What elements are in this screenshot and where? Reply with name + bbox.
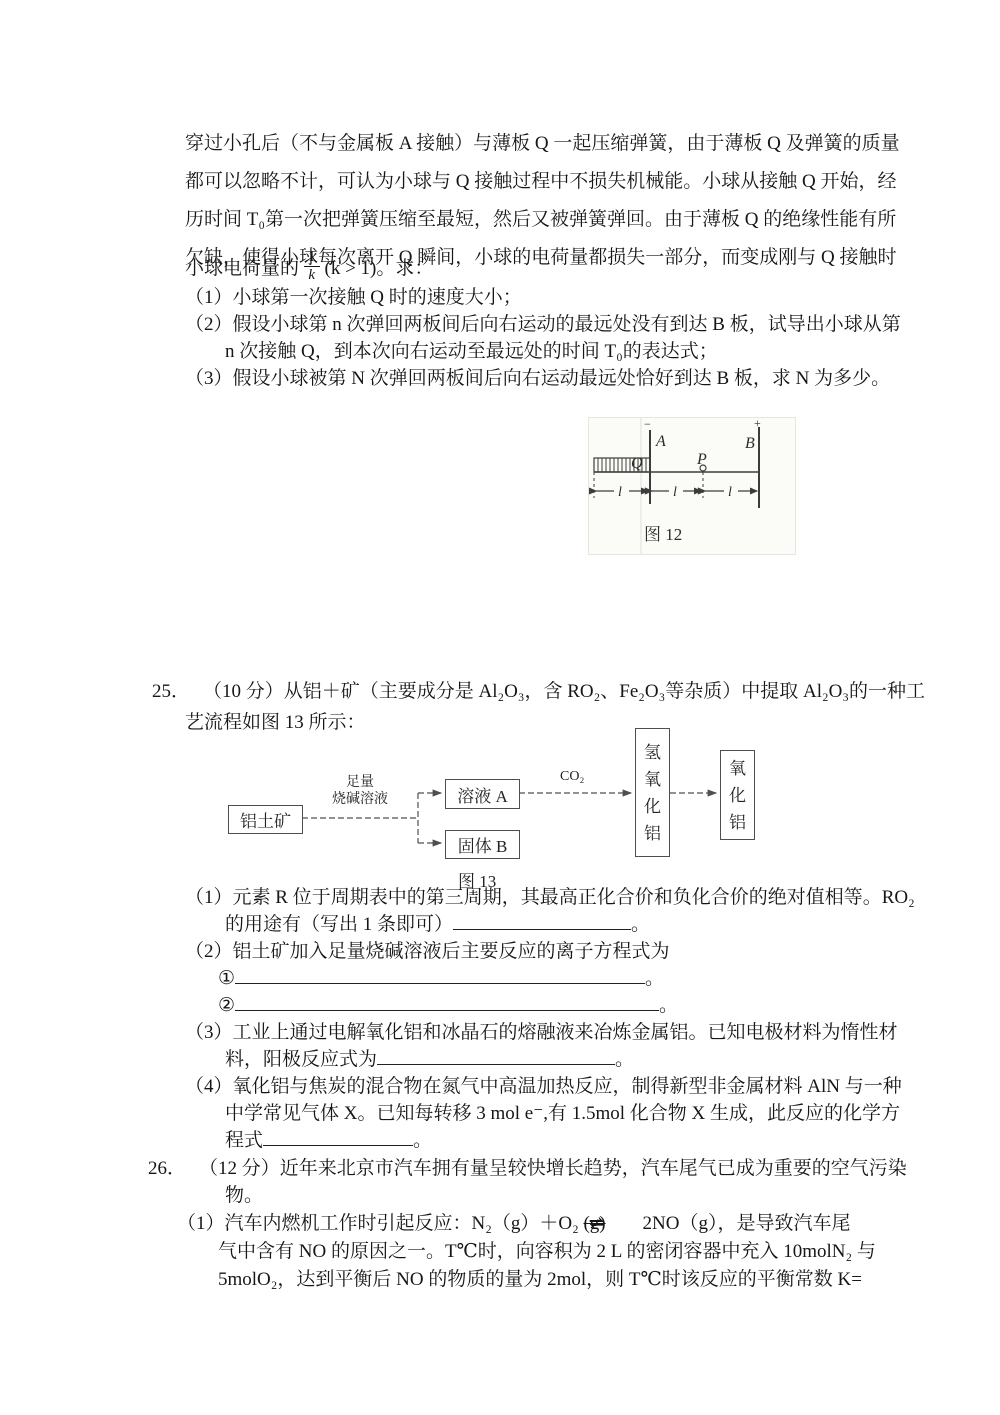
q25-item-1-line2: 的用途有（写出 1 条即可）。 (225, 913, 650, 937)
q25-item-3-line1: （3）工业上通过电解氧化铝和冰晶石的熔融液来冶炼金属铝。已知电极材料为惰性材 (185, 1021, 898, 1045)
label-B: B (745, 435, 755, 452)
dim-label-l3: l (728, 485, 732, 500)
flow-label-co2: CO₂ (560, 768, 584, 785)
q25-intro-line1: 25．（10 分）从铝＋矿（主要成分是 Al₂O₃，含 RO₂、Fe₂O₃等杂质… (152, 680, 925, 704)
answer-blank[interactable] (235, 995, 659, 1011)
fraction-numerator: 1 (304, 249, 320, 267)
q25-item-3-line2: 料，阳极反应式为。 (225, 1048, 634, 1072)
flow-node-solid-b: 固体 B (445, 830, 520, 859)
q25-item-4-line1: （4）氧化铝与焦炭的混合物在氮气中高温加热反应，制得新型非金属材料 AlN 与一… (185, 1075, 902, 1099)
q26-item-1-line1: （1）汽车内燃机工作时引起反应：N₂（g）＋O₂ (g)⇌2NO（g），是导致汽… (177, 1212, 851, 1236)
q25-item-2-line1: （2）铝土矿加入足量烧碱溶液后主要反应的离子方程式为 (185, 940, 670, 964)
figure-13-flowchart: 铝土矿 足量 烧碱溶液 溶液 A 固体 B CO₂ 氢氧化铝 氧化铝 图 13 (215, 722, 775, 892)
ball-at-P (700, 465, 706, 471)
physics-item-2-continuation: n 次接触 Q，到本次向右运动至最远处的时间 T₀的表达式； (225, 340, 718, 364)
dim-label-l2: l (673, 485, 677, 500)
figure-12: − A Q P + B l l l 图 12 (588, 417, 796, 555)
flow-node-bauxite: 铝土矿 (228, 805, 303, 834)
fraction-one-over-k: 1 k (304, 249, 320, 283)
answer-blank[interactable] (377, 1049, 615, 1065)
minus-sign: − (644, 418, 651, 431)
flow-label-naoh: 足量 烧碱溶液 (310, 774, 410, 808)
answer-blank[interactable] (453, 914, 631, 930)
q26-item-1-line3: 5molO₂，达到平衡后 NO 的物质的量为 2mol，则 T℃时该反应的平衡常… (218, 1268, 862, 1292)
dim-label-l1: l (618, 485, 622, 500)
q25-item-4-line2: 中学常见气体 X。已知每转移 3 mol e⁻,有 1.5mol 化合物 X 生… (225, 1102, 900, 1126)
q25-item-2-blank1: ①。 (218, 967, 664, 991)
q26-intro-line1: 26．（12 分）近年来北京市汽车拥有量呈较快增长趋势，汽车尾气已成为重要的空气… (148, 1157, 907, 1181)
physics-item-3: （3）假设小球被第 N 次弹回两板间后向右运动最远处恰好到达 B 板，求 N 为… (185, 367, 890, 391)
physics-fraction-line: 小球电荷量的 1 k (k > 1)。求： (185, 248, 433, 284)
figure-12-drawing: − A Q P + B l l l 图 12 (589, 418, 795, 554)
physics-paragraph-line: 历时间 T₀第一次把弹簧压缩至最短，然后又被弹簧弹回。由于薄板 Q 的绝缘性能有… (185, 208, 896, 232)
fraction-suffix: (k > 1)。求： (325, 253, 434, 280)
q25-number: 25． (152, 680, 190, 704)
answer-blank[interactable] (263, 1130, 413, 1146)
fraction-denominator: k (306, 267, 317, 284)
flow-node-aluminium-hydroxide: 氢氧化铝 (635, 728, 670, 857)
q26-intro-line2: 物。 (225, 1184, 263, 1208)
figure-12-caption: 图 12 (644, 525, 682, 544)
q25-item-1-line1: （1）元素 R 位于周期表中的第三周期，其最高正化合价和负化合价的绝对值相等。R… (185, 886, 915, 910)
physics-item-1: （1）小球第一次接触 Q 时的速度大小； (185, 286, 522, 310)
q26-item-1-line2: 气中含有 NO 的原因之一。T℃时，向容积为 2 L 的密闭容器中充入 10mo… (218, 1240, 876, 1264)
physics-paragraph-line: 穿过小孔后（不与金属板 A 接触）与薄板 Q 一起压缩弹簧，由于薄板 Q 及弹簧… (185, 132, 900, 156)
flow-node-aluminium-oxide: 氧化铝 (720, 750, 755, 840)
q25-item-2-blank2: ②。 (218, 994, 678, 1018)
physics-item-2: （2）假设小球第 n 次弹回两板间后向右运动的最远处没有到达 B 板，试导出小球… (185, 313, 901, 337)
plus-sign: + (754, 418, 761, 430)
fraction-prefix: 小球电荷量的 (185, 253, 299, 280)
answer-blank[interactable] (235, 968, 645, 984)
equilibrium-arrow: ⇌ (589, 1212, 605, 1236)
flow-node-solution-a: 溶液 A (445, 779, 520, 809)
physics-paragraph-line: 都可以忽略不计，可认为小球与 Q 接触过程中不损失机械能。小球从接触 Q 开始，… (185, 170, 896, 194)
label-Q: Q (631, 455, 643, 472)
label-A: A (655, 433, 666, 450)
exam-page: 穿过小孔后（不与金属板 A 接触）与薄板 Q 一起压缩弹簧，由于薄板 Q 及弹簧… (0, 0, 1000, 1415)
q25-item-4-line3: 程式。 (225, 1129, 432, 1153)
q26-number: 26． (148, 1157, 186, 1181)
